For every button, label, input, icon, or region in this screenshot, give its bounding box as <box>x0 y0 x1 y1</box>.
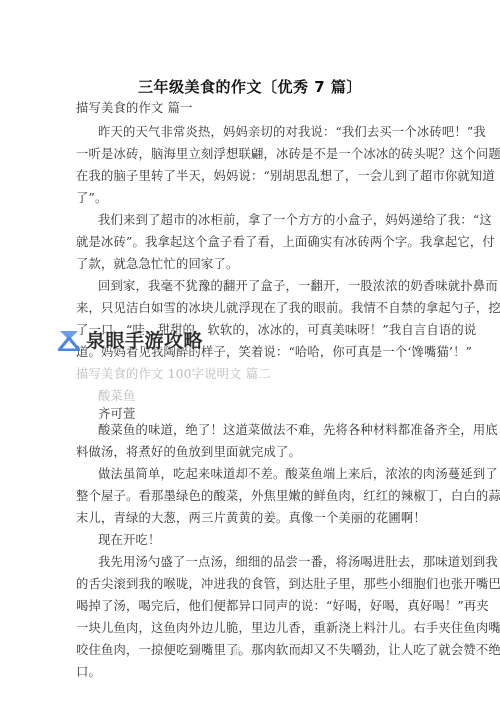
section2-heading: 描写美食的作文 100字说明文 篇二 <box>76 364 271 382</box>
section2-subtitle: 酸菜鱼 <box>98 386 136 404</box>
paragraph-line: 我们来到了超市的冰柜前，拿了一个方方的小盒子，妈妈递给了我：“这 <box>98 210 492 228</box>
paragraph-line: 在我的脑子里转了半天，妈妈说：“别胡思乱想了，一会儿到了超市你就知道 <box>76 166 495 184</box>
paragraph-line: 做法虽简单，吃起来味道却不差。酸菜鱼端上来后，浓浓的肉汤蔓延到了 <box>98 464 498 482</box>
paragraph-line: 一块儿鱼肉，这鱼肉外边儿脆，里边儿香，重新浇上料汁儿。右手夹住鱼肉嘴 <box>76 618 500 636</box>
paragraph-line: 来，只见洁白如雪的冰块儿就浮现在了我的眼前。我情不自禁的拿起勺子，挖 <box>76 298 500 316</box>
paragraph-line: 口。 <box>76 662 101 680</box>
paragraph-line: 料做汤，将煮好的鱼放到里面就完成了。 <box>76 442 301 460</box>
paragraph-line: 了款，就急急忙忙的回家了。 <box>76 254 238 272</box>
paragraph-line: 的舌尖滚到我的喉咙，冲进我的食管，到达肚子里，那些小细胞们也张开嘴巴 <box>76 574 500 592</box>
paragraph-line: 一听是冰砖，脑海里立刻浮想联翩，冰砖是不是一个冰冰的砖头呢？这个问题 <box>76 144 500 162</box>
paragraph-line: 回到家，我毫不犹豫的翻开了盒子，一翻开，一股浓浓的奶香味就扑鼻而 <box>98 276 498 294</box>
watermark-text: 泉眼手游攻略 <box>86 326 203 353</box>
watermark: 泉眼手游攻略 <box>58 326 203 353</box>
paragraph-line: 末儿，青绿的大葱，两三片黄黄的姜。真像一个美丽的花圃啊！ <box>76 508 426 526</box>
page-footer: 第 1 页 共 5 页 <box>0 645 500 658</box>
paragraph-line: 了”。 <box>76 188 107 206</box>
paragraph-line: 就是冰砖”。我拿起这个盒子看了看，上面确实有冰砖两个字。我拿起它，付 <box>76 232 495 250</box>
paragraph-line: 昨天的天气非常炎热，妈妈亲切的对我说：“我们去买一个冰砖吧！”我 <box>98 122 486 140</box>
triangle-logo-icon <box>58 329 80 351</box>
paragraph-line: 喝掉了汤，喝完后，他们便都异口同声的说：“好喝，好喝，真好喝！”再夹 <box>76 596 489 614</box>
document-title: 三年级美食的作文〔优秀 7 篇〕 <box>0 76 500 97</box>
paragraph-line: 我先用汤勺盛了一点汤，细细的品尝一番，将汤喝进肚去，那味道划到我 <box>98 552 498 570</box>
paragraph-line: 整个屋子。看那墨绿色的酸菜，外焦里嫩的鲜鱼肉，红红的辣椒丁，白白的蒜 <box>76 486 500 504</box>
paragraph-line: 酸菜鱼的味道，绝了！这道菜做法不难，先将各种材料都准备齐全，用底 <box>98 420 498 438</box>
paragraph-line: 现在开吃！ <box>98 530 161 548</box>
section1-heading: 描写美食的作文 篇一 <box>76 98 193 116</box>
